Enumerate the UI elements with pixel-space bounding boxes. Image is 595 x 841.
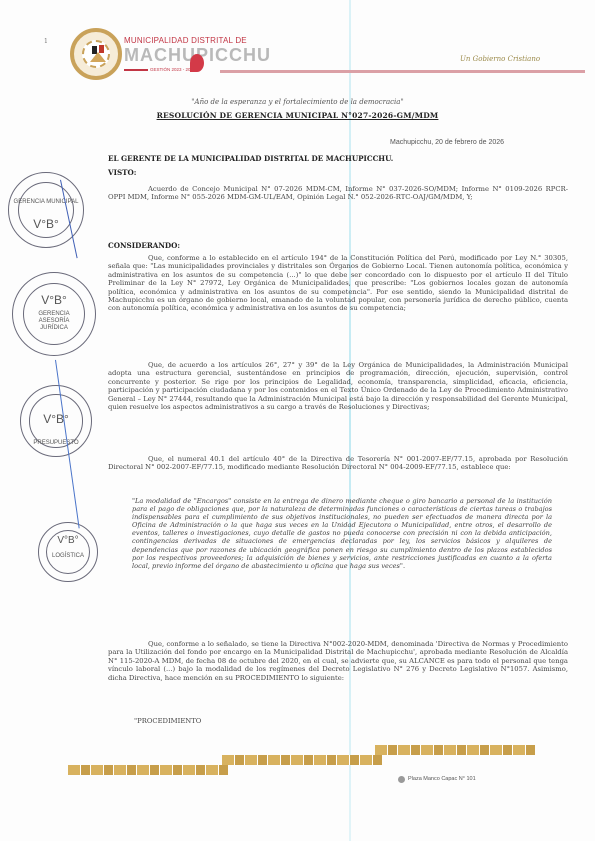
- stamp-asesoria-juridica: V°B° GERENCIA ASESORÍA JURÍDICA: [12, 272, 96, 356]
- considerando-paragraph-4: Que, conforme a lo señalado, se tiene la…: [108, 640, 568, 682]
- directive-quote: "La modalidad de "Encargos" consiste en …: [132, 497, 552, 570]
- visto-heading: VISTO:: [108, 168, 136, 177]
- issuer-heading: EL GERENTE DE LA MUNICIPALIDAD DISTRITAL…: [108, 154, 393, 163]
- considerando-paragraph-2: Que, de acuerdo a los artículos 26°, 27°…: [108, 361, 568, 411]
- brand-divider: [124, 69, 148, 71]
- stamp-presupuesto: V°B° PRESUPUESTO: [20, 385, 92, 457]
- header-divider: [220, 70, 585, 73]
- brand-swirl-icon: [190, 54, 204, 72]
- brand-top-text: MUNICIPALIDAD DISTRITAL DE: [124, 36, 247, 45]
- page-mark: 1: [44, 38, 48, 45]
- footer-address: Plaza Manco Capac N° 101: [408, 776, 476, 782]
- considerando-paragraph-1: Que, conforme a lo establecido en el art…: [108, 254, 568, 313]
- procedure-label: "PROCEDIMIENTO: [134, 717, 201, 725]
- location-pin-icon: [398, 776, 405, 783]
- municipal-emblem-icon: [70, 28, 122, 80]
- resolution-title: RESOLUCIÓN DE GERENCIA MUNICIPAL N°027-2…: [0, 111, 595, 120]
- document-page: 1 MUNICIPALIDAD DISTRITAL DE MACHUPICCHU…: [0, 0, 595, 841]
- scan-artifact: [349, 0, 351, 841]
- visto-paragraph: Acuerdo de Concejo Municipal N° 07-2026 …: [108, 185, 568, 202]
- footer-greca-decoration: [68, 765, 228, 775]
- slogan: Un Gobierno Cristiano: [460, 55, 540, 63]
- year-motto: "Año de la esperanza y el fortalecimient…: [0, 98, 595, 106]
- footer-greca-decoration: [222, 755, 382, 765]
- brand-subtitle: GESTIÓN 2023 - 2026: [150, 67, 196, 72]
- stamp-logistica: V°B° LOGÍSTICA: [38, 522, 98, 582]
- considerando-heading: CONSIDERANDO:: [108, 241, 180, 250]
- footer-greca-decoration: [375, 745, 535, 755]
- date-line: Machupicchu, 20 de febrero de 2026: [390, 139, 504, 146]
- considerando-paragraph-3: Que, el numeral 40.1 del artículo 40° de…: [108, 455, 568, 472]
